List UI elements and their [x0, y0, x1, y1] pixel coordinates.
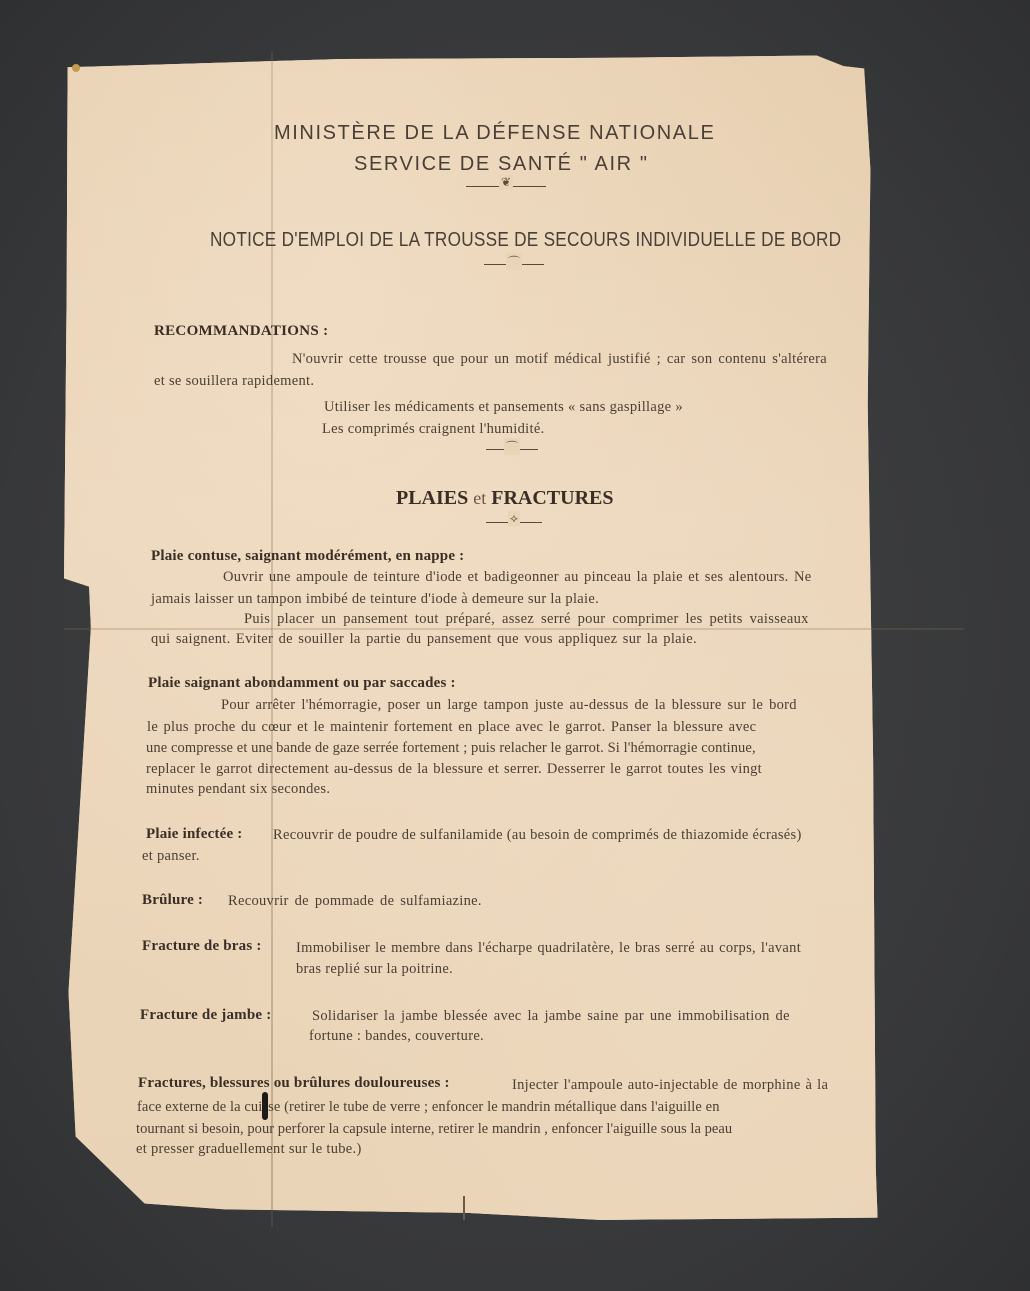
- entry-line: replacer le garrot directement au-dessus…: [146, 761, 762, 778]
- entry-label-fracture-jambe: Fracture de jambe :: [140, 1007, 271, 1024]
- paper-tear-slit: [463, 1196, 465, 1220]
- section-title-part: PLAIES: [396, 487, 468, 509]
- entry-line: tournant si besoin, pour perforer la cap…: [136, 1121, 732, 1138]
- ornament-swirl-icon: ⌒: [506, 253, 522, 270]
- ornament-divider-4: ⟡: [486, 516, 542, 523]
- entry-label-brulure: Brûlure :: [142, 892, 203, 909]
- entry-label-plaie-saignant: Plaie saignant abondamment ou par saccad…: [148, 675, 456, 692]
- entry-line: face externe de la cuisse (retirer le tu…: [137, 1099, 720, 1116]
- entry-line: et panser.: [142, 848, 200, 865]
- entry-line: une compresse et une bande de gaze serré…: [146, 740, 756, 757]
- section-title-part: FRACTURES: [491, 487, 613, 509]
- entry-line: Recouvrir de poudre de sulfanilamide (au…: [273, 827, 802, 844]
- paper-tear-hole: [262, 1092, 268, 1120]
- entry-line: et presser graduellement sur le tube.): [136, 1141, 362, 1158]
- entry-line: fortune : bandes, couverture.: [309, 1028, 484, 1045]
- entry-line: Pour arrêter l'hémorragie, poser un larg…: [221, 697, 797, 714]
- recommandation-line: N'ouvrir cette trousse que pour un motif…: [292, 351, 827, 368]
- entry-line: Ouvrir une ampoule de teinture d'iode et…: [223, 569, 812, 586]
- service-heading: SERVICE DE SANTÉ " AIR ": [354, 153, 649, 176]
- ornament-diamond-icon: ⟡: [508, 511, 520, 526]
- entry-line: Solidariser la jambe blessée avec la jam…: [312, 1008, 790, 1025]
- entry-line: Immobiliser le membre dans l'écharpe qua…: [296, 940, 801, 957]
- ornament-divider-2: ⌒: [484, 258, 544, 265]
- section-title-connector: et: [473, 488, 486, 508]
- entry-line: jamais laisser un tampon imbibé de teint…: [151, 591, 599, 608]
- entry-line: le plus proche du cœur et le maintenir f…: [147, 719, 756, 736]
- ornament-divider-3: ⌒: [486, 443, 538, 450]
- ministry-heading: MINISTÈRE DE LA DÉFENSE NATIONALE: [274, 122, 715, 145]
- horizontal-fold-crease: [64, 628, 964, 630]
- entry-label-plaie-contuse: Plaie contuse, saignant modérément, en n…: [151, 548, 464, 565]
- entry-label-fractures-douloureuses: Fractures, blessures ou brûlures doulour…: [138, 1075, 450, 1092]
- entry-line: Puis placer un pansement tout préparé, a…: [244, 611, 809, 628]
- ornament-swirl-icon: ⌒: [504, 438, 520, 455]
- ornament-flourish-icon: ❦: [499, 175, 513, 190]
- entry-label-plaie-infectee: Plaie infectée :: [146, 826, 242, 843]
- paper-stain: [72, 64, 80, 72]
- document-title: NOTICE D'EMPLOI DE LA TROUSSE DE SECOURS…: [210, 229, 841, 252]
- entry-line: qui saignent. Eviter de souiller la part…: [151, 631, 697, 648]
- section-title: PLAIES et FRACTURES: [396, 487, 614, 510]
- entry-label-fracture-bras: Fracture de bras :: [142, 938, 262, 955]
- recommandations-label: RECOMMANDATIONS :: [154, 323, 328, 340]
- ornament-divider-1: ❦: [466, 180, 546, 187]
- entry-line: minutes pendant six secondes.: [146, 781, 330, 798]
- recommandation-line: Les comprimés craignent l'humidité.: [322, 421, 545, 438]
- entry-line: bras replié sur la poitrine.: [296, 961, 453, 978]
- entry-line: Recouvrir de pommade de sulfamiazine.: [228, 893, 482, 910]
- recommandation-line: Utiliser les médicaments et pansements «…: [324, 399, 683, 416]
- entry-line: Injecter l'ampoule auto-injectable de mo…: [512, 1077, 828, 1094]
- recommandation-line: et se souillera rapidement.: [154, 373, 314, 390]
